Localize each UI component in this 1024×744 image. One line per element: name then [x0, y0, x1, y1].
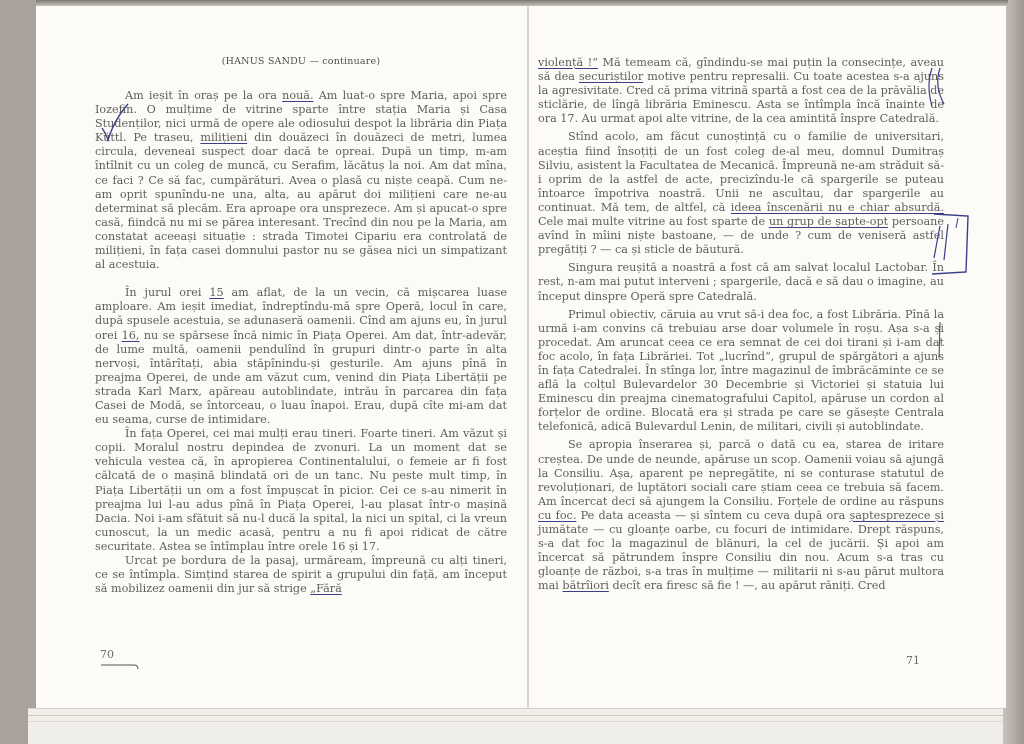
running-head: (HANUS SANDU — continuare) — [95, 56, 507, 70]
text-run: din douăzeci în douăzeci de metri, lumea… — [95, 131, 507, 271]
underlined-phrase: bătrîiori — [562, 579, 609, 592]
paragraph: Singura reușită a noastră a fost că am s… — [538, 261, 944, 303]
paragraph: Am ieșit în oraș pe la ora nouă. Am luat… — [95, 89, 507, 272]
text-run: Se apropia înserarea și, parcă o dată cu… — [538, 438, 944, 507]
text-run: Cele mai multe vitrine au fost sparte de — [538, 215, 769, 228]
text-run: În jurul orei — [125, 286, 209, 299]
text-run: Pe data aceasta — și sîntem cu ceva după… — [576, 509, 849, 522]
underlined-phrase: ideea înscenării nu e chiar absurdă. — [731, 201, 944, 214]
underlined-phrase: nouă. — [282, 89, 313, 102]
right-page: violență !“ Mă temeam că, gîndindu-se ma… — [538, 56, 944, 593]
text-run: Urcat pe bordura de la pasaj, urmăream, … — [95, 554, 507, 595]
paragraph: Se apropia înserarea și, parcă o dată cu… — [538, 438, 944, 593]
underlined-phrase: 15 — [209, 286, 223, 299]
underlined-phrase: securiștilor — [579, 70, 643, 83]
book-gutter — [527, 6, 529, 708]
text-run: Singura reușită a noastră a fost că am s… — [538, 261, 944, 302]
underlined-phrase: „Fără — [310, 582, 342, 595]
page-number-right: 71 — [906, 654, 920, 667]
underlined-phrase: milițieni — [200, 131, 247, 144]
paragraph: Urcat pe bordura de la pasaj, urmăream, … — [95, 554, 507, 596]
paragraph: Primul obiectiv, căruia au vrut să-i dea… — [538, 308, 944, 435]
book-page-edges — [28, 708, 1003, 744]
page-number-left: 70 — [100, 648, 114, 661]
text-run: nu se spărsese încă nimic în Piața Opere… — [95, 329, 507, 427]
underlined-phrase: cu foc. — [538, 509, 576, 522]
left-page: (HANUS SANDU — continuare) Am ieșit în o… — [95, 56, 507, 596]
text-run: Am ieșit în oraș pe la ora — [125, 89, 282, 102]
text-run: decît era firesc să fie ! —, au apărut r… — [609, 579, 886, 592]
paragraph: În fața Operei, cei mai mulți erau tiner… — [95, 427, 507, 554]
paragraph: violență !“ Mă temeam că, gîndindu-se ma… — [538, 56, 944, 126]
paragraph-gap — [95, 272, 507, 286]
paragraph: În jurul orei 15 am aflat, de la un veci… — [95, 286, 507, 427]
paragraph: Stînd acolo, am făcut cunoștință cu o fa… — [538, 130, 944, 257]
underlined-phrase: un grup de șapte-opt — [769, 215, 888, 228]
underlined-phrase: 16, — [122, 329, 140, 342]
underlined-phrase: violență !“ — [538, 56, 598, 69]
text-run: În fața Operei, cei mai mulți erau tiner… — [95, 427, 507, 553]
text-run: Primul obiectiv, căruia au vrut să-i dea… — [538, 308, 944, 434]
underlined-phrase: șaptesprezece și — [850, 509, 945, 522]
